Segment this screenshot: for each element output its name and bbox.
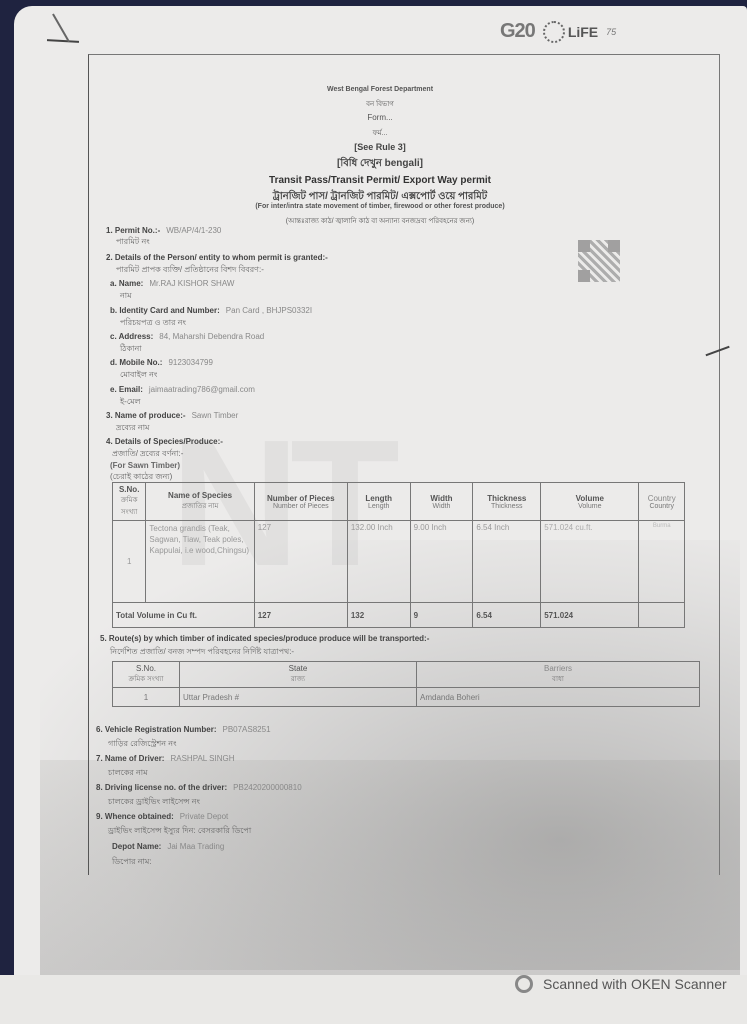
depot-label-bn: ডিপোর নাম: [112, 856, 152, 869]
name-label-bn: নাম [120, 290, 132, 303]
vehicle-label-bn: গাড়ির রেজিস্ট্রেশন নং [108, 738, 177, 751]
address-field: c. Address:84, Maharshi Debendra Road [110, 332, 264, 341]
sun-icon [543, 21, 565, 43]
document-subtitle-bn: (আন্তঃরাজ্য কাঠ/ জ্বালানি কাঠ বা অন্যান্… [170, 215, 590, 227]
name-field: a. Name:Mr.RAJ KISHOR SHAW [110, 279, 234, 288]
depot-field: Depot Name:Jai Maa Trading [112, 842, 224, 851]
life-logo: LiFE [543, 21, 598, 43]
license-field: 8. Driving license no. of the driver:PB2… [96, 783, 302, 792]
details-heading-bn: পারমিট প্রাপক ব্যক্তি/ প্রতিষ্ঠানের বিশদ… [116, 264, 264, 277]
scanner-logo-icon [515, 975, 533, 993]
azadi-logo: 75 [606, 27, 616, 37]
form-label-bn: ফর্ম... [170, 127, 590, 139]
permit-no-label-bn: পারমিট নং [116, 236, 150, 249]
rule-reference-bn: [বিধি দেখুন bengali] [170, 156, 590, 173]
species-heading: 4. Details of Species/Produce:- [106, 437, 223, 446]
produce-field: 3. Name of produce:-Sawn Timber [106, 411, 238, 420]
details-heading: 2. Details of the Person/ entity to whom… [106, 253, 328, 262]
g20-logo: G20 [500, 20, 535, 43]
document-subtitle: (For inter/intra state movement of timbe… [170, 203, 590, 210]
header-logos: G20 LiFE 75 [500, 20, 616, 43]
scanner-watermark: Scanned with OKEN Scanner [515, 975, 727, 993]
species-table: S.No.ক্রমিক সংখ্যা Name of Speciesপ্রজাত… [112, 482, 685, 628]
sawn-timber-note: (For Sawn Timber) [110, 461, 180, 470]
table-header-row: S.No.ক্রমিক সংখ্যা Name of Speciesপ্রজাত… [113, 483, 685, 521]
total-row: Total Volume in Cu ft. 127 132 9 6.54 57… [113, 603, 685, 628]
life-text: LiFE [568, 24, 598, 40]
produce-label-bn: দ্রব্যের নাম [116, 422, 149, 435]
vehicle-field: 6. Vehicle Registration Number:PB07AS825… [96, 725, 271, 734]
license-label-bn: চালকের ড্রাইভিং লাইসেন্স নং [108, 796, 200, 809]
email-label-bn: ই-মেল [120, 396, 140, 409]
id-card-label-bn: পরিচয়পত্র ও তার নং [120, 317, 186, 330]
route-heading: 5. Route(s) by which timber of indicated… [100, 634, 429, 643]
route-table: S.No.ক্রমিক সংখ্যা Stateরাজ্য Barriersবা… [112, 661, 700, 707]
id-card-field: b. Identity Card and Number:Pan Card , B… [110, 306, 312, 315]
mobile-field: d. Mobile No.:9123034799 [110, 358, 213, 367]
address-label-bn: ঠিকানা [120, 343, 142, 356]
form-label: Form... [170, 113, 590, 122]
department-name: West Bengal Forest Department [170, 86, 590, 93]
species-heading-bn: প্রজাতি/ দ্রব্যের বর্ণনা:- [112, 448, 183, 461]
driver-label-bn: চালকের নাম [108, 767, 148, 780]
department-name-bn: বন বিভাগ [170, 98, 590, 110]
table-row: 1 Uttar Pradesh # Amdanda Boheri [113, 688, 700, 707]
document-title: Transit Pass/Transit Permit/ Export Way … [170, 175, 590, 186]
permit-no-field: 1. Permit No.:-WB/AP/4/1-230 [106, 226, 221, 235]
table-row: 1 Tectona grandis (Teak, Sagwan, Tiaw, T… [113, 521, 685, 603]
email-field: e. Email:jaimaatrading786@gmail.com [110, 385, 255, 394]
qr-code [578, 240, 620, 282]
mobile-label-bn: মোবাইল নং [120, 369, 157, 382]
whence-field: 9. Whence obtained:Private Depot [96, 812, 228, 821]
driver-field: 7. Name of Driver:RASHPAL SINGH [96, 754, 234, 763]
whence-label-bn: ড্রাইভিং লাইসেন্স ইস্যুর দিন: বেসরকারি ড… [108, 825, 251, 838]
table-header-row: S.No.ক্রমিক সংখ্যা Stateরাজ্য Barriersবা… [113, 662, 700, 688]
rule-reference: [See Rule 3] [170, 142, 590, 152]
scanner-text: Scanned with OKEN Scanner [543, 976, 727, 992]
route-heading-bn: নির্দেশিত প্রজাতি/ বনজ সম্পদ পরিবহনের নি… [110, 646, 294, 659]
